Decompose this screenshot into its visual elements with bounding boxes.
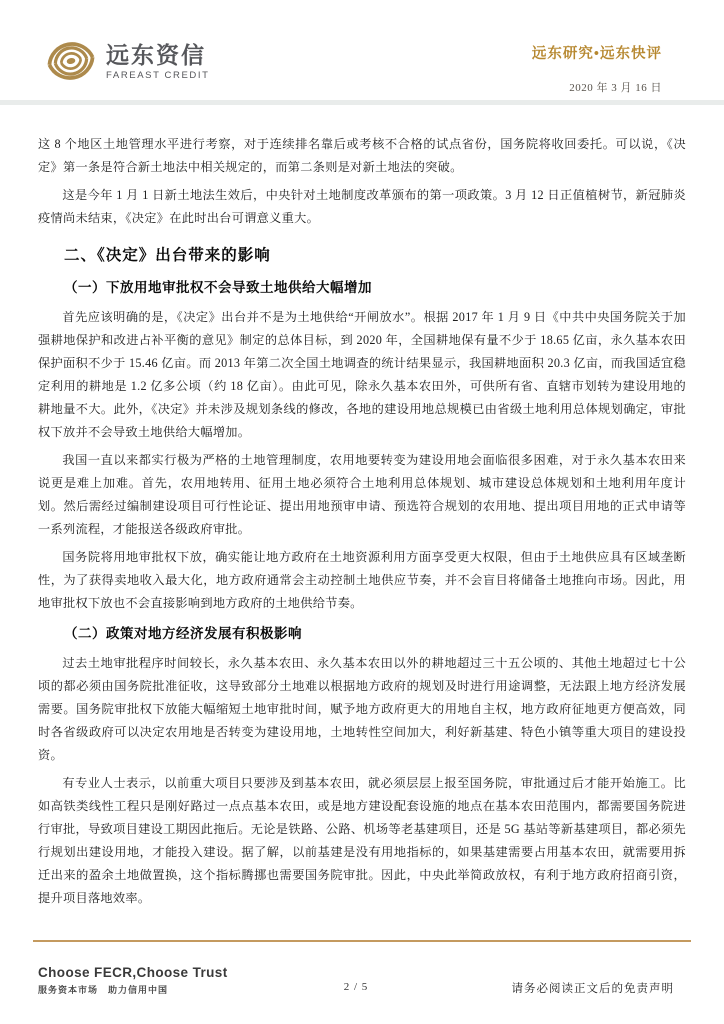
brand-text: 远东资信 FAREAST CREDIT bbox=[106, 42, 210, 81]
header-divider bbox=[0, 100, 724, 105]
footer-slogan-en: Choose FECR,Choose Trust bbox=[38, 965, 326, 980]
page-number: 2 / 5 bbox=[326, 965, 386, 993]
header-right: 远东研究•远东快评 2020 年 3 月 16 日 bbox=[532, 42, 662, 95]
paragraph: 有专业人士表示，以前重大项目只要涉及到基本农田，就必须层层上报至国务院，审批通过… bbox=[38, 772, 686, 910]
paragraph: 我国一直以来都实行极为严格的土地管理制度，农用地要转变为建设用地会面临很多困难，… bbox=[38, 449, 686, 541]
footer-divider bbox=[33, 940, 691, 943]
fareast-credit-swirl-icon bbox=[44, 36, 98, 86]
page-header: 远东资信 FAREAST CREDIT 远东研究•远东快评 2020 年 3 月… bbox=[0, 0, 724, 100]
sub-heading: （二）政策对地方经济发展有积极影响 bbox=[38, 622, 686, 645]
paragraph: 这 8 个地区土地管理水平进行考察，对于连续排名靠后或考核不合格的试点省份，国务… bbox=[38, 133, 686, 179]
brand: 远东资信 FAREAST CREDIT bbox=[44, 36, 210, 86]
report-series-title: 远东研究•远东快评 bbox=[532, 42, 662, 63]
section-heading: 二、《决定》出台带来的影响 bbox=[38, 244, 686, 267]
brand-name-cn: 远东资信 bbox=[106, 42, 210, 68]
brand-name-en: FAREAST CREDIT bbox=[106, 70, 210, 81]
paragraph: 过去土地审批程序时间较长，永久基本农田、永久基本农田以外的耕地超过三十五公顷的、… bbox=[38, 652, 686, 767]
paragraph: 国务院将用地审批权下放，确实能让地方政府在土地资源利用方面享受更大权限，但由于土… bbox=[38, 546, 686, 615]
page-footer: Choose FECR,Choose Trust 服务资本市场 助力信用中国 2… bbox=[38, 965, 674, 996]
document-page: 远东资信 FAREAST CREDIT 远东研究•远东快评 2020 年 3 月… bbox=[0, 0, 724, 1024]
paragraph: 这是今年 1 月 1 日新土地法生效后，中央针对土地制度改革颁布的第一项政策。3… bbox=[38, 184, 686, 230]
footer-disclaimer: 请务必阅读正文后的免责声明 bbox=[386, 965, 674, 996]
report-date: 2020 年 3 月 16 日 bbox=[532, 79, 662, 95]
document-body: 这 8 个地区土地管理水平进行考察，对于连续排名靠后或考核不合格的试点省份，国务… bbox=[38, 133, 686, 915]
footer-brand-slogans: Choose FECR,Choose Trust 服务资本市场 助力信用中国 bbox=[38, 965, 326, 996]
footer-slogan-cn: 服务资本市场 助力信用中国 bbox=[38, 983, 326, 996]
paragraph: 首先应该明确的是，《决定》出台并不是为土地供给“开闸放水”。根据 2017 年 … bbox=[38, 306, 686, 444]
sub-heading: （一）下放用地审批权不会导致土地供给大幅增加 bbox=[38, 276, 686, 299]
